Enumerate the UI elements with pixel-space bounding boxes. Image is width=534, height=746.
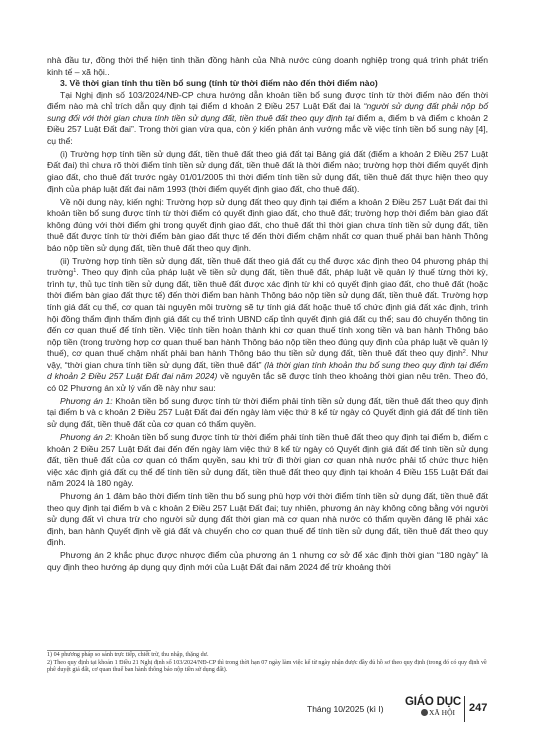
paragraph-option-2: Phương án 2: Khoản tiền bổ sung được tín… [47, 432, 488, 490]
footnote-separator [47, 650, 151, 651]
paragraph-option-1-evaluation: Phương án 1 đảm bảo thời điểm tính tiền … [47, 491, 488, 549]
paragraph-intro-continuation: nhà đầu tư, đồng thời thể hiện tinh thần… [47, 55, 488, 78]
journal-logo: GIÁO DỤC XÃ HỘI [401, 696, 465, 726]
footer-divider [464, 696, 465, 722]
logo-mark-icon [421, 709, 428, 716]
paragraph-case-ii: (ii) Trường hợp tính tiền sử dụng đất, t… [47, 256, 488, 395]
paragraph-option-2-evaluation: Phương án 2 khắc phục được nhược điểm củ… [47, 550, 488, 573]
option-label: Phương án 2 [60, 432, 110, 442]
paragraph-decree-103: Tại Nghị định số 103/2024/NĐ-CP chưa hướ… [47, 90, 488, 148]
page-footer: Tháng 10/2025 (kì I) GIÁO DỤC XÃ HỘI 247 [300, 694, 534, 728]
footnote-1: 1) 04 phương pháp so sánh trực tiếp, chi… [47, 652, 492, 660]
page-number: 247 [469, 702, 487, 714]
text: . Theo quy định của pháp luật về tiền sử… [47, 267, 488, 358]
option-label: Phương án 1: [60, 396, 113, 406]
section-heading: 3. Về thời gian tính thu tiền bổ sung (t… [47, 78, 488, 90]
article-body: nhà đầu tư, đồng thời thể hiện tinh thần… [47, 55, 488, 574]
text: Khoản tiền bổ sung được tính từ thời điể… [47, 396, 488, 429]
paragraph-option-1: Phương án 1: Khoản tiền bổ sung được tín… [47, 396, 488, 431]
logo-text-top: GIÁO DỤC [401, 696, 465, 708]
logo-text-bottom: XÃ HỘI [401, 708, 465, 718]
footnote-2: 2) Theo quy định tại khoản 1 Điều 21 Ngh… [47, 660, 492, 675]
logo-text-bottom-label: XÃ HỘI [429, 708, 455, 717]
issue-date: Tháng 10/2025 (kì I) [307, 704, 384, 714]
paragraph-recommendation: Về nội dung này, kiến nghị: Trường hợp s… [47, 197, 488, 255]
footnotes: 1) 04 phương pháp so sánh trực tiếp, chi… [47, 652, 492, 675]
paragraph-case-i: (i) Trường hợp tính tiền sử dụng đất, ti… [47, 149, 488, 195]
text: : Khoản tiền bổ sung được tính từ thời đ… [47, 432, 488, 488]
